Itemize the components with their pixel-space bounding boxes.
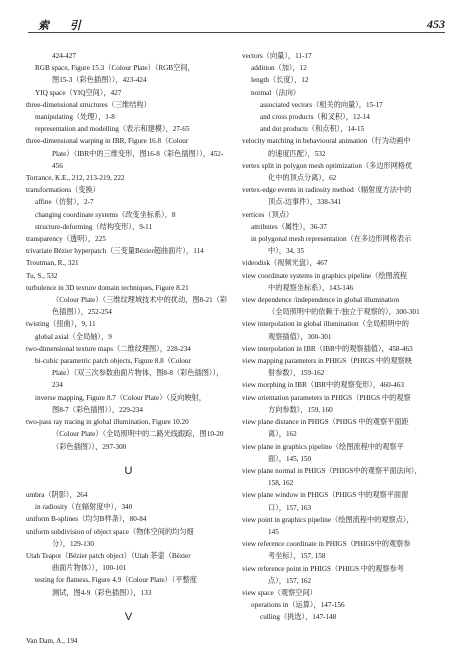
index-entry: YIQ space（YIQ空间），427 xyxy=(26,87,231,99)
entry-text: addition（加），12 xyxy=(251,64,307,72)
index-entry: three-dimensional structures（三维结构） xyxy=(26,99,231,111)
index-entry: vertex-edge events in radiosity method（辐… xyxy=(242,184,454,208)
entry-text: view reference coordinate in PHIGS（PHIGS… xyxy=(242,540,410,548)
entry-text: uniform subdivision of object space（物体空间… xyxy=(26,528,194,536)
entry-text: YIQ space（YIQ空间），427 xyxy=(35,89,121,97)
entry-text: vertex-edge events in radiosity method（辐… xyxy=(242,186,411,194)
index-entry: RGB space, Figure 15.3（Colour Plate）（RGB… xyxy=(26,62,231,86)
entry-text: view interpolation in global illuminatio… xyxy=(242,320,409,328)
right-column: vectors（向量），11-17addition（加），12length（长度… xyxy=(242,50,454,624)
entry-text: view point in graphics pipeline（绘图流程中的观察… xyxy=(242,516,414,524)
entry-text: manipulating（处理），1-8 xyxy=(35,113,115,121)
entry-text: three-dimensional warping in IBR, Figure… xyxy=(26,137,188,145)
entry-text: view space（观察空间） xyxy=(242,589,317,597)
running-header: 索 引 453 xyxy=(38,17,445,33)
entry-text: operations in（运算），147-156 xyxy=(251,601,345,609)
entry-text: view coordinate systems in graphics pipe… xyxy=(242,272,407,280)
index-entry: length（长度），12 xyxy=(242,74,454,86)
entry-continuation: 方向参数），159, 160 xyxy=(242,404,454,416)
entry-continuation: 考坐标），157, 158 xyxy=(242,550,454,562)
index-entry: view coordinate systems in graphics pipe… xyxy=(242,270,454,294)
entry-text: umbra（阴影），264 xyxy=(26,491,87,499)
entry-continuation: 面），145, 150 xyxy=(242,453,454,465)
entry-text: affine（仿射），2-7 xyxy=(35,198,94,206)
entry-continuation: Plate）（IBR中的三维变形，图16-8（彩色插图）），452-456 xyxy=(26,148,231,172)
index-entry: culling（挑选），147-148 xyxy=(242,611,454,623)
entry-text: view mapping parameters in PHIGS（PHIGS 中… xyxy=(242,357,412,365)
entry-text: two-dimensional texture maps（二维纹理图），228-… xyxy=(26,345,191,353)
letter-heading-u: U xyxy=(26,465,231,477)
index-entry: in polygonal mesh representation（在多边形网格表… xyxy=(242,233,454,257)
entry-text: twisting（扭曲），9, 11 xyxy=(26,320,96,328)
entry-text: vertices（顶点） xyxy=(242,211,293,219)
entry-continuation: 顶点-边事件），338-341 xyxy=(242,196,454,208)
entry-text: view interpolation in IBR（IBR中的观察插值），458… xyxy=(242,345,413,353)
index-entry: view interpolation in global illuminatio… xyxy=(242,318,454,342)
entry-text: Torrance, K.E., 212, 213-219, 222 xyxy=(26,174,125,182)
index-entries-v-continued: vectors（向量），11-17addition（加），12length（长度… xyxy=(242,50,454,624)
index-entry: in radiosity（在辐射度中），340 xyxy=(26,501,231,513)
entry-continuation: 中的观察坐标系），143-146 xyxy=(242,282,454,294)
index-entry: transparency（透明），225 xyxy=(26,233,231,245)
index-entry: affine（仿射），2-7 xyxy=(26,196,231,208)
index-entry: velocity matching in behavioural animati… xyxy=(242,135,454,159)
index-entries-u: umbra（阴影），264in radiosity（在辐射度中），340unif… xyxy=(26,489,231,599)
index-entry: uniform B-splines（均匀B样条），80-84 xyxy=(26,513,231,525)
entry-continuation: 测试，图4-9（彩色插图）），133 xyxy=(35,587,231,599)
entry-text: representation and modelling（表示和建模），27-6… xyxy=(35,125,190,133)
index-entry: view reference point in PHIGS（PHIGS 中的观察… xyxy=(242,563,454,587)
index-entry: associated vectors（相关的向量），15-17 xyxy=(242,99,454,111)
entry-text: videodisk（视频光盘），467 xyxy=(242,259,327,267)
entry-continuation: 点），157, 162 xyxy=(242,575,454,587)
entry-continuation: 145 xyxy=(242,526,454,538)
entry-continuation: 分），129-130 xyxy=(26,538,231,550)
entry-text: Tu, S., 532 xyxy=(26,272,58,280)
entry-text: uniform B-splines（均匀B样条），80-84 xyxy=(26,515,146,523)
entry-continuation: （全局照明中的依赖于/独立于观察的），300-301 xyxy=(242,306,454,318)
entry-continuation: 158, 162 xyxy=(242,477,454,489)
index-entry: normal（法向） xyxy=(242,87,454,99)
index-entry: and cross products（和叉积），12-14 xyxy=(242,111,454,123)
index-entry: representation and modelling（表示和建模），27-6… xyxy=(26,123,231,135)
index-entry: structure-deforming（结构变形），9-11 xyxy=(26,221,231,233)
entry-text: length（长度），12 xyxy=(251,76,309,84)
entry-continuation: （Colour Plate）（三维纹理域技术中的扰动，图8-21（彩色插图）），… xyxy=(26,294,231,318)
index-entry: operations in（运算），147-156 xyxy=(242,599,454,611)
index-entry: Tu, S., 532 xyxy=(26,270,231,282)
index-entry: bi-cubic parametric patch objects, Figur… xyxy=(26,355,231,392)
index-entry: Van Dam, A., 194 xyxy=(26,635,231,647)
entry-text: RGB space, Figure 15.3（Colour Plate）（RGB… xyxy=(35,64,195,72)
entry-text: trivariate Bézier hyperpatch（三变量Bézier超曲… xyxy=(26,247,204,255)
entry-text: culling（挑选），147-148 xyxy=(260,613,336,621)
entry-continuation: 射参数），159-162 xyxy=(242,367,454,379)
entry-text: view morphing in IBR（IBR中的观察变形），460-463 xyxy=(242,381,404,389)
index-entry: 424-427 xyxy=(26,50,231,62)
index-entry: Torrance, K.E., 212, 213-219, 222 xyxy=(26,172,231,184)
entry-text: two-pass ray tracing in global illuminat… xyxy=(26,418,189,426)
index-entry: two-pass ray tracing in global illuminat… xyxy=(26,416,231,453)
entry-text: attributes（属性），36-37 xyxy=(251,223,327,231)
index-entry: inverse mapping, Figure 8.7（Colour Plate… xyxy=(26,392,231,416)
index-entry: twisting（扭曲），9, 11 xyxy=(26,318,231,330)
index-entries-t: 424-427RGB space, Figure 15.3（Colour Pla… xyxy=(26,50,231,453)
entry-text: 424-427 xyxy=(52,52,76,60)
header-rule xyxy=(28,32,445,33)
index-entry: turbulence in 3D texture domain techniqu… xyxy=(26,282,231,319)
entry-text: and dot products（和点积），14-15 xyxy=(260,125,364,133)
index-entry: uniform subdivision of object space（物体空间… xyxy=(26,526,231,550)
index-entry: Utah Teapot（Bézier patch object）（Utah 茶壶… xyxy=(26,550,231,574)
section-title: 索 引 xyxy=(38,17,90,33)
entry-text: view plane window in PHIGS（PHIGS 中的观察平面窗 xyxy=(242,491,408,499)
index-entry: videodisk（视频光盘），467 xyxy=(242,257,454,269)
letter-heading-v: V xyxy=(26,611,231,623)
entry-continuation: （Colour Plate）（全局照明中的二路光线跟踪，图10-20（彩色插图）… xyxy=(26,428,231,452)
index-entry: vertices（顶点） xyxy=(242,209,454,221)
left-column: 424-427RGB space, Figure 15.3（Colour Pla… xyxy=(26,50,231,647)
entry-text: Utah Teapot（Bézier patch object）（Utah 茶壶… xyxy=(26,552,191,560)
index-entry: transformations（变换） xyxy=(26,184,231,196)
index-entry: view plane in graphics pipeline（绘图流程中的观察… xyxy=(242,441,454,465)
index-entry: umbra（阴影），264 xyxy=(26,489,231,501)
entry-text: turbulence in 3D texture domain techniqu… xyxy=(26,284,189,292)
entry-text: velocity matching in behavioural animati… xyxy=(242,137,410,145)
entry-continuation: 离），162 xyxy=(242,428,454,440)
index-entry: vertex split in polygon mesh optimizatio… xyxy=(242,160,454,184)
index-entry: three-dimensional warping in IBR, Figure… xyxy=(26,135,231,172)
index-entry: view space（观察空间） xyxy=(242,587,454,599)
index-entry: view plane window in PHIGS（PHIGS 中的观察平面窗… xyxy=(242,489,454,513)
entry-continuation: 图15-3（彩色插图）），423-424 xyxy=(35,74,231,86)
entry-text: view plane normal in PHIGS（PHIGS中的观察平面法向… xyxy=(242,467,422,475)
index-entry: view orientation parameters in PHIGS（PHI… xyxy=(242,392,454,416)
entry-text: associated vectors（相关的向量），15-17 xyxy=(260,101,383,109)
entry-text: structure-deforming（结构变形），9-11 xyxy=(35,223,152,231)
index-entry: vectors（向量），11-17 xyxy=(242,50,454,62)
entry-text: in polygonal mesh representation（在多边形网格表… xyxy=(251,235,411,243)
entry-text: in radiosity（在辐射度中），340 xyxy=(35,503,132,511)
entry-text: bi-cubic parametric patch objects, Figur… xyxy=(35,357,191,365)
index-entries-v: Van Dam, A., 194 xyxy=(26,635,231,647)
entry-text: changing coordinate systems（改变坐标系），8 xyxy=(35,211,176,219)
entry-text: vertex split in polygon mesh optimizatio… xyxy=(242,162,412,170)
entry-text: three-dimensional structures（三维结构） xyxy=(26,101,151,109)
entry-text: Van Dam, A., 194 xyxy=(26,637,78,645)
index-entry: attributes（属性），36-37 xyxy=(242,221,454,233)
entry-text: normal（法向） xyxy=(251,89,300,97)
index-entry: view reference coordinate in PHIGS（PHIGS… xyxy=(242,538,454,562)
index-entry: global axial（全局轴），9 xyxy=(26,331,231,343)
entry-text: view plane in graphics pipeline（绘图流程中的观察… xyxy=(242,443,404,451)
index-entry: and dot products（和点积），14-15 xyxy=(242,123,454,135)
index-entry: view mapping parameters in PHIGS（PHIGS 中… xyxy=(242,355,454,379)
index-entry: two-dimensional texture maps（二维纹理图），228-… xyxy=(26,343,231,355)
entry-continuation: 口），157, 163 xyxy=(242,502,454,514)
entry-text: transparency（透明），225 xyxy=(26,235,106,243)
entry-text: vectors（向量），11-17 xyxy=(242,52,312,60)
entry-continuation: 曲面片物体）），100-101 xyxy=(26,562,231,574)
index-entry: Troutman, R., 321 xyxy=(26,257,231,269)
index-entry: view plane normal in PHIGS（PHIGS中的观察平面法向… xyxy=(242,465,454,489)
index-entry: testing for flatness, Figure 4.9（Colour … xyxy=(26,574,231,598)
entry-text: Troutman, R., 321 xyxy=(26,259,79,267)
entry-continuation: 化中的顶点分离），62 xyxy=(242,172,454,184)
entry-text: view reference point in PHIGS（PHIGS 中的观察… xyxy=(242,565,404,573)
index-entry: trivariate Bézier hyperpatch（三变量Bézier超曲… xyxy=(26,245,231,257)
entry-text: global axial（全局轴），9 xyxy=(35,333,112,341)
entry-text: and cross products（和叉积），12-14 xyxy=(260,113,370,121)
index-entry: manipulating（处理），1-8 xyxy=(26,111,231,123)
page-number: 453 xyxy=(427,17,445,32)
entry-continuation: Plate）（双三次参数曲面片物体，图8-8（彩色插图）），234 xyxy=(35,367,231,391)
entry-text: view orientation parameters in PHIGS（PHI… xyxy=(242,394,411,402)
index-entry: view plane distance in PHIGS（PHIGS 中的观察平… xyxy=(242,416,454,440)
index-entry: view morphing in IBR（IBR中的观察变形），460-463 xyxy=(242,379,454,391)
entry-continuation: 的速度匹配），532 xyxy=(242,148,454,160)
entry-continuation: 图8-7（彩色插图）），229-234 xyxy=(35,404,231,416)
entry-text: testing for flatness, Figure 4.9（Colour … xyxy=(35,576,197,584)
index-entry: view dependence /independence in global … xyxy=(242,294,454,318)
entry-continuation: 观察插值），300-301 xyxy=(242,331,454,343)
entry-text: view plane distance in PHIGS（PHIGS 中的观察平… xyxy=(242,418,409,426)
entry-continuation: 中），34, 35 xyxy=(251,245,454,257)
index-entry: addition（加），12 xyxy=(242,62,454,74)
entry-text: view dependence /independence in global … xyxy=(242,296,399,304)
entry-text: inverse mapping, Figure 8.7（Colour Plate… xyxy=(35,394,206,402)
index-entry: changing coordinate systems（改变坐标系），8 xyxy=(26,209,231,221)
entry-text: transformations（变换） xyxy=(26,186,100,194)
index-entry: view interpolation in IBR（IBR中的观察插值），458… xyxy=(242,343,454,355)
index-entry: view point in graphics pipeline（绘图流程中的观察… xyxy=(242,514,454,538)
